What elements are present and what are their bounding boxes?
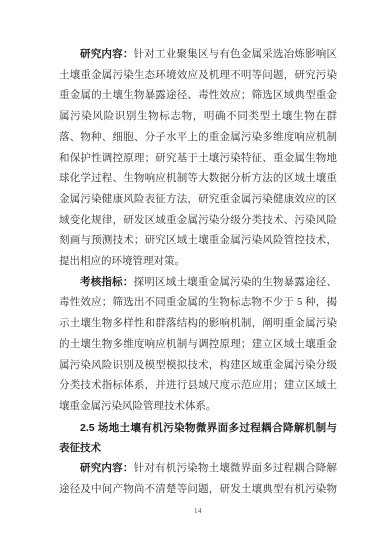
heading-line: 2.5 场地土壤有机污染物微界面多过程耦合降解机制与 [59, 418, 337, 439]
text-run: 针对有机污染物土壤微界面多过程耦合降解 [134, 463, 337, 474]
text-line: 毒性效应；筛选出不同重金属的生物标志物不少于 5 种，揭 [59, 293, 337, 314]
paragraph-research-content-1: 研究内容：针对工业聚集区与有色金属采选冶炼影响区 土壤重金属污染生态环境效应及机… [59, 45, 337, 273]
page-number: 14 [59, 507, 337, 515]
paragraph-assessment-indicators: 考核指标：探明区域土壤重金属污染的生物暴露途径、 毒性效应；筛选出不同重金属的生… [59, 273, 337, 418]
text-run: 探明区域土壤重金属污染的生物暴露途径、 [134, 277, 337, 288]
text-line: 球化学过程、生物响应机制等大数据分析方法的区域土壤重 [59, 169, 337, 190]
text-line: 落、物种、细胞、分子水平上的重金属污染多维度响应机制 [59, 128, 337, 149]
text-line: 刻画与预测技术；研究区域土壤重金属污染风险管控技术， [59, 231, 337, 252]
document-page: 研究内容：针对工业聚集区与有色金属采选冶炼影响区 土壤重金属污染生态环境效应及机… [0, 0, 390, 551]
text-line: 属污染风险识别生物标志物，明确不同类型土壤生物在群 [59, 107, 337, 128]
paragraph-label: 研究内容： [80, 49, 134, 60]
text-line: 的土壤生物多维度响应机制与调控原理；建立区域土壤重金 [59, 335, 337, 356]
text-line: 示土壤生物多样性和群落结构的影响机制，阐明重金属污染 [59, 314, 337, 335]
text-line: 属污染风险识别及模型模拟技术，构建区域重金属污染分级 [59, 356, 337, 377]
paragraph-label: 研究内容： [80, 463, 134, 474]
text-line: 考核指标：探明区域土壤重金属污染的生物暴露途径、 [59, 273, 337, 294]
text-line: 壤重金属污染风险管理技术体系。 [59, 397, 337, 418]
text-line: 域变化规律，研发区域重金属污染分级分类技术、污染风险 [59, 211, 337, 232]
paragraph-research-content-2: 研究内容：针对有机污染物土壤微界面多过程耦合降解 途径及中间产物尚不清楚等问题，… [59, 459, 337, 500]
text-line: 和保护性调控原理；研究基于土壤污染特征、重金属生物地 [59, 149, 337, 170]
paragraph-label: 考核指标： [80, 277, 134, 288]
section-heading-2-5: 2.5 场地土壤有机污染物微界面多过程耦合降解机制与 表征技术 [59, 418, 337, 459]
text-line: 研究内容：针对有机污染物土壤微界面多过程耦合降解 [59, 459, 337, 480]
text-line: 途径及中间产物尚不清楚等问题，研发土壤典型有机污染物 [59, 480, 337, 501]
text-line: 土壤重金属污染生态环境效应及机理不明等问题，研究污染 [59, 66, 337, 87]
heading-line: 表征技术 [59, 438, 337, 459]
text-line: 提出相应的环境管理对策。 [59, 252, 337, 273]
text-run: 针对工业聚集区与有色金属采选冶炼影响区 [134, 49, 337, 60]
text-line: 分类技术指标体系，并进行县域尺度示范应用；建立区域土 [59, 376, 337, 397]
text-line: 重金属的土壤生物暴露途径、毒性效应；筛选区域典型重金 [59, 86, 337, 107]
text-line: 研究内容：针对工业聚集区与有色金属采选冶炼影响区 [59, 45, 337, 66]
text-line: 金属污染健康风险表征方法，研究重金属污染健康效应的区 [59, 190, 337, 211]
